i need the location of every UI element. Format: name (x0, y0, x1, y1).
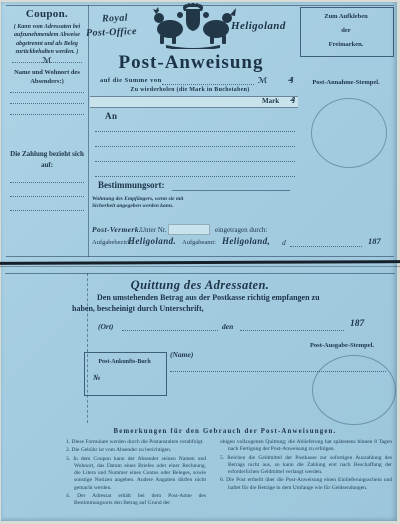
remarks-right-column: obigen vollzogenen Quittung; die Abliefe… (220, 439, 392, 493)
form-title: Post-Anweisung (90, 52, 292, 74)
repeat-in-words-note: Zu wiederholen (die Mark in Buchstaben) (100, 87, 280, 93)
coupon-note: ( Kann vom Adressaten bei aufzunehmendem… (9, 23, 85, 57)
ruled-line (10, 210, 84, 211)
heligoland-word: Heligoland (231, 20, 286, 32)
coat-of-arms (146, 3, 240, 49)
acceptance-stamp-label: Post-Annahme-Stempel. (296, 79, 396, 86)
coupon-title: Coupon. (8, 8, 86, 20)
district-value: Heligoland. (128, 236, 176, 246)
place-line (122, 330, 218, 331)
post-vermerk-label: Post-Vermerk. (92, 225, 141, 234)
date-prefix: d (282, 238, 286, 247)
remark-item: 4. Der Adressat erhält bei dem Post-Amte… (74, 493, 206, 508)
acceptance-stamp-circle (311, 98, 387, 168)
under-nr-label: Unter Nr. (140, 226, 166, 234)
remark-item: 5. Reichen die Geldmittel der Postkasse … (228, 455, 392, 477)
date-line (290, 246, 362, 247)
office-label: Aufgabeamt: (182, 239, 216, 246)
receipt-text-line2: haben, bescheinigt durch Unterschrift, (72, 304, 204, 313)
coupon-sender-label: Name und Wohnort des Absenders:) (9, 68, 85, 87)
coupon-column-divider (88, 5, 89, 257)
date-word: den (222, 322, 233, 331)
sum-amount-line (162, 84, 254, 85)
ruled-line (10, 196, 84, 197)
entered-by-label: eingetragen durch: (215, 226, 267, 234)
scanned-form: Coupon. ( Kann vom Adressaten bei aufzun… (0, 0, 400, 524)
card-divider-shadow (0, 266, 400, 267)
receipt-title: Quittung des Adressaten. (70, 278, 330, 293)
year-187-top: 187 (368, 236, 381, 246)
mark-currency-symbol: ℳ (258, 75, 267, 85)
receipt-margin-divider (87, 273, 88, 423)
year-187-bottom: 187 (350, 319, 364, 329)
remark-item: obigen vollzogenen Quittung; die Abliefe… (228, 439, 392, 454)
number-entry-shade (168, 224, 210, 235)
arrival-book-box: Post-Ankunfts-Buch № (84, 352, 167, 396)
issue-stamp-label: Post-Ausgabe-Stempel. (296, 342, 388, 349)
remark-item: 6. Die Post ertheilt über die Post-Anwei… (228, 477, 392, 492)
pfennig-symbol: ₰ (288, 75, 294, 85)
address-line (95, 176, 295, 177)
remark-item: 1. Diese Formulare werden durch die Post… (74, 439, 206, 446)
district-label: Aufgabebezirk: (92, 239, 132, 246)
band-pfennig-symbol: ₰ (290, 96, 295, 105)
address-to-label: An (105, 111, 118, 121)
remarks-left-column: 1. Diese Formulare werden durch die Post… (66, 439, 206, 508)
address-line (95, 146, 295, 147)
ruled-line (10, 182, 84, 183)
stamp-box-line1: Zum Aufkleben (301, 13, 391, 20)
address-line (95, 131, 295, 132)
coupon-payment-label: Die Zahlung bezieht sich auf: (8, 149, 86, 170)
destination-label: Bestimmungsort: (98, 180, 165, 190)
sum-label: auf die Summe von (100, 77, 162, 84)
stamp-box-line3: Freimarken. (301, 41, 391, 48)
office-value: Heligoland, (222, 236, 270, 246)
address-line (95, 161, 295, 162)
royal-word: Royal (102, 13, 128, 25)
franking-stamp-box: Zum Aufkleben der Freimarken. (300, 7, 394, 57)
receipt-text-line1: Den umstehenden Betrag aus der Postkasse… (97, 293, 320, 302)
name-line (170, 371, 386, 372)
card-bottom-border (6, 256, 394, 257)
ruled-line (10, 92, 84, 93)
ruled-line (10, 103, 84, 104)
remarks-heading: Bemerkungen für den Gebrauch der Post-An… (70, 428, 380, 435)
remark-item: 2. Die Gebühr ist vom Absender zu berich… (74, 447, 206, 454)
destination-line (172, 190, 290, 191)
arrival-book-title: Post-Ankunfts-Buch (85, 359, 164, 365)
name-label: (Name) (170, 350, 193, 359)
coupon-mark-symbol: ℳ (8, 55, 86, 65)
arrival-book-number-sign: № (93, 373, 100, 382)
remark-item: 3. In dem Coupon kann der Absender seine… (74, 456, 206, 492)
receipt-top-border (5, 273, 395, 274)
band-mark-label: Mark (262, 97, 279, 105)
place-label: (Ort) (98, 322, 113, 331)
date-line-bottom (240, 330, 344, 331)
issue-stamp-circle (312, 355, 396, 425)
stamp-box-line2: der (301, 27, 391, 34)
post-office-word: Post-Office (86, 26, 137, 39)
destination-note: Wohnung des Empfängers, wenn sie mit Sic… (92, 196, 184, 211)
ruled-line (10, 114, 84, 115)
